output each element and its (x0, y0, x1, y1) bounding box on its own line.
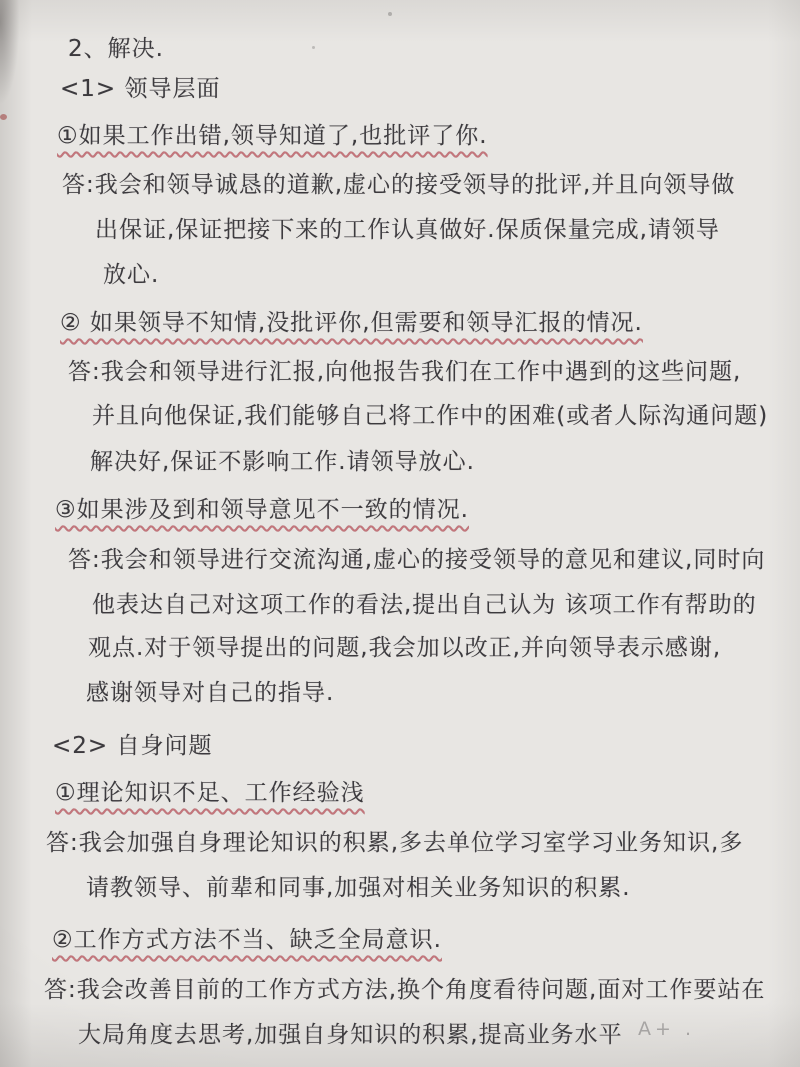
answer-3-line-3: 观点.对于领导提出的问题,我会加以改正,并向领导表示感谢, (88, 629, 721, 662)
self-answer-2-line-2: 大局角度去思考,加强自身知识的积累,提高业务水平 (78, 1016, 623, 1049)
question-2-underlined: ② 如果领导不知情,没批评你,但需要和领导汇报的情况. (60, 304, 643, 337)
red-ink-speck (0, 114, 7, 120)
answer-2-line-3: 解决好,保证不影响工作.请领导放心. (90, 443, 475, 476)
question-1-underlined: ①如果工作出错,领导知道了,也批评了你. (57, 117, 488, 150)
answer-2-line-1: 答:我会和领导进行汇报,向他报告我们在工作中遇到的这些问题, (68, 353, 741, 386)
answer-1-line-2: 出保证,保证把接下来的工作认真做好.保质保量完成,请领导 (95, 211, 720, 244)
self-answer-2-line-1: 答:我会改善目前的工作方式方法,换个角度看待问题,面对工作要站在 (44, 971, 765, 1004)
self-answer-1-line-2: 请教领导、前辈和同事,加强对相关业务知识的积累. (86, 869, 631, 902)
watermark: A+ . (638, 1018, 695, 1040)
photo-vignette (0, 0, 800, 1067)
dust-speck (312, 46, 315, 49)
answer-2-line-2: 并且向他保证,我们能够自己将工作中的困难(或者人际沟通问题) (92, 397, 768, 430)
answer-3-line-4: 感谢领导对自己的指导. (86, 674, 334, 707)
answer-3-line-2: 他表达自己对这项工作的看法,提出自己认为 该项工作有帮助的 (92, 586, 757, 619)
answer-3-line-1: 答:我会和领导进行交流沟通,虚心的接受领导的意见和建议,同时向 (68, 541, 765, 574)
photo-corner-shadow (0, 0, 26, 110)
answer-1-line-1: 答:我会和领导诚恳的道歉,虚心的接受领导的批评,并且向领导做 (62, 166, 735, 199)
heading-leader-level: <1> 领导层面 (60, 70, 221, 103)
heading-section-2: 2、解决. (68, 30, 164, 63)
notebook-page: 2、解决. <1> 领导层面 ①如果工作出错,领导知道了,也批评了你. 答:我会… (0, 0, 800, 1067)
answer-1-line-3: 放心. (103, 256, 159, 289)
heading-self-problems: <2> 自身问题 (52, 727, 213, 760)
self-answer-1-line-1: 答:我会加强自身理论知识的积累,多去单位学习室学习业务知识,多 (46, 824, 743, 857)
question-3-underlined: ③如果涉及到和领导意见不一致的情况. (55, 491, 469, 524)
dust-speck (388, 12, 392, 16)
self-issue-2-underlined: ②工作方式方法不当、缺乏全局意识. (52, 921, 442, 954)
self-issue-1-underlined: ①理论知识不足、工作经验浅 (55, 774, 365, 807)
